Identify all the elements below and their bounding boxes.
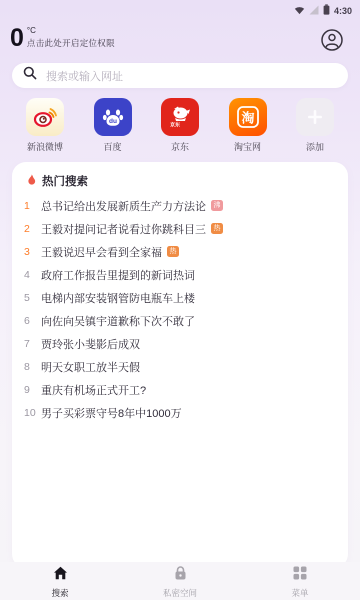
quick-link-label: 新浪微博: [27, 140, 63, 153]
nav-label: 私密空间: [163, 587, 197, 599]
quick-links: 新浪微博 du 百度: [0, 88, 360, 153]
quick-link-weibo[interactable]: 新浪微博: [21, 98, 69, 153]
search-input[interactable]: 搜索或输入网址: [46, 68, 123, 84]
hot-search-card: 热门搜索 1 总书记给出发展新质生产力方法论 沸 2 王毅对提问记者说看过你跳科…: [12, 162, 348, 568]
hot-search-title: 热门搜索: [42, 173, 88, 189]
hot-text: 向佐向吴镇宇道歉称下次不敢了: [41, 313, 195, 329]
nav-label: 菜单: [291, 587, 308, 599]
hot-rank: 3: [24, 246, 41, 258]
hot-search-item[interactable]: 1 总书记给出发展新质生产力方法论 沸: [24, 194, 336, 217]
hot-text: 总书记给出发展新质生产力方法论: [41, 198, 206, 214]
baidu-icon: du: [94, 98, 132, 136]
hot-search-item[interactable]: 4 政府工作报告里提到的新词热词: [24, 263, 336, 286]
quick-link-jd[interactable]: 京东 京东: [156, 98, 204, 153]
svg-text:du: du: [109, 118, 117, 125]
lock-icon: [174, 566, 187, 585]
quick-link-baidu[interactable]: du 百度: [89, 98, 137, 153]
hot-rank: 10: [24, 407, 41, 419]
status-time: 4:30: [334, 6, 352, 16]
flame-icon: [26, 174, 37, 189]
hot-badge: 热: [167, 246, 179, 257]
hot-search-item[interactable]: 2 王毅对提问记者说看过你跳科目三 热: [24, 217, 336, 240]
search-icon: [23, 66, 37, 85]
hot-text: 电梯内部安装钢管防电瓶车上楼: [41, 290, 195, 306]
status-bar: 4:30: [0, 0, 360, 19]
hot-text: 政府工作报告里提到的新词热词: [41, 267, 195, 283]
hot-search-item[interactable]: 3 王毅说迟早会看到全家福 热: [24, 240, 336, 263]
weibo-icon: [26, 98, 64, 136]
hot-search-header: 热门搜索: [24, 171, 336, 194]
hot-rank: 9: [24, 384, 41, 396]
quick-link-label: 百度: [103, 140, 121, 153]
hot-search-item[interactable]: 5 电梯内部安装钢管防电瓶车上楼: [24, 286, 336, 309]
hot-text: 贾玲张小斐影后成双: [41, 336, 140, 352]
hot-rank: 4: [24, 269, 41, 281]
bottom-nav: 搜索 私密空间 菜单: [0, 562, 360, 600]
wifi-icon: [294, 2, 305, 20]
temperature-value: 0: [10, 25, 24, 51]
quick-link-add[interactable]: 添加: [291, 98, 339, 153]
hot-rank: 5: [24, 292, 41, 304]
jd-icon: 京东: [161, 98, 199, 136]
hot-search-item[interactable]: 10 男子买彩票守号8年中1000万: [24, 401, 336, 424]
quick-link-label: 淘宝网: [234, 140, 261, 153]
hot-search-item[interactable]: 7 贾玲张小斐影后成双: [24, 332, 336, 355]
location-permission-hint[interactable]: 点击此处开启定位权限: [27, 37, 115, 49]
hot-text: 明天女职工放半天假: [41, 359, 140, 375]
hot-rank: 2: [24, 223, 41, 235]
battery-icon: [323, 2, 330, 20]
nav-tab-menu[interactable]: 菜单: [240, 562, 360, 600]
hot-search-item[interactable]: 6 向佐向吴镇宇道歉称下次不敢了: [24, 309, 336, 332]
svg-text:京东: 京东: [170, 122, 180, 129]
hot-search-item[interactable]: 8 明天女职工放半天假: [24, 355, 336, 378]
nav-label: 搜索: [51, 587, 68, 599]
hot-rank: 6: [24, 315, 41, 327]
search-bar[interactable]: 搜索或输入网址: [12, 63, 348, 88]
grid-menu-icon: [293, 566, 307, 585]
quick-link-taobao[interactable]: 淘 淘宝网: [224, 98, 272, 153]
no-signal-icon: [309, 2, 319, 20]
hot-text: 男子买彩票守号8年中1000万: [41, 405, 182, 421]
home-icon: [53, 566, 68, 585]
hot-text: 王毅对提问记者说看过你跳科目三: [41, 221, 206, 237]
header-row: 0 °C 点击此处开启定位权限: [0, 19, 360, 52]
quick-link-label: 添加: [306, 140, 324, 153]
hot-rank: 8: [24, 361, 41, 373]
hot-rank: 7: [24, 338, 41, 350]
hot-rank: 1: [24, 200, 41, 212]
nav-tab-search-home[interactable]: 搜索: [0, 562, 120, 600]
nav-tab-private-space[interactable]: 私密空间: [120, 562, 240, 600]
quick-link-label: 京东: [171, 140, 189, 153]
hot-badge: 热: [211, 223, 223, 234]
profile-avatar-icon[interactable]: [320, 28, 344, 52]
add-icon: [296, 98, 334, 136]
browser-home-screen: 4:30 0 °C 点击此处开启定位权限 搜索或输入网址: [0, 0, 360, 600]
weather-widget[interactable]: 0 °C 点击此处开启定位权限: [10, 25, 115, 51]
hot-badge: 沸: [211, 200, 223, 211]
hot-text: 重庆有机场正式开工?: [41, 382, 146, 398]
taobao-icon: 淘: [229, 98, 267, 136]
hot-search-item[interactable]: 9 重庆有机场正式开工?: [24, 378, 336, 401]
svg-text:淘: 淘: [241, 111, 254, 126]
hot-text: 王毅说迟早会看到全家福: [41, 244, 162, 260]
temperature-unit: °C: [27, 26, 115, 35]
